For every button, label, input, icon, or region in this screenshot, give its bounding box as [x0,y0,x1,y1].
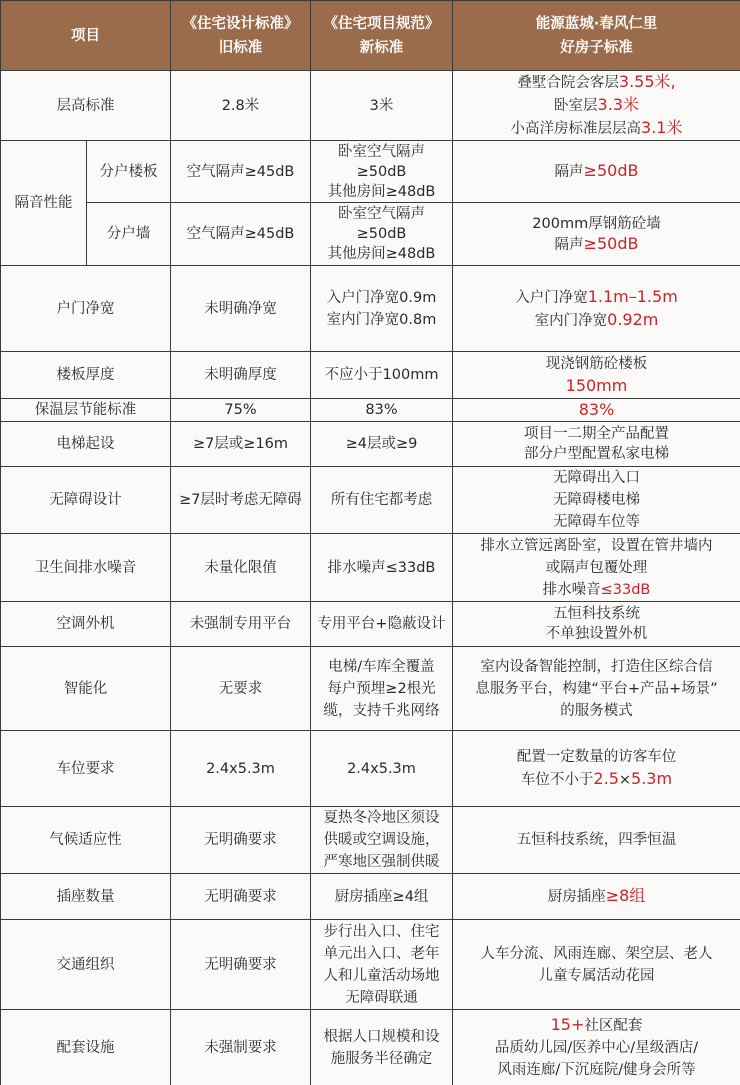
table-row-elevator: 电梯起设 ≥7层或≥16m ≥4层或≥9 项目一二期全产品配置 部分户型配置私家… [1,422,740,467]
old-value: ≥7层或≥16m [171,422,311,467]
new-value: 3米 [311,71,453,141]
old-value: ≥7层时考虑无障碍 [171,467,311,534]
row-label: 智能化 [1,647,171,731]
header-project-standard: 能源蓝城·春风仁里好房子标准 [453,1,740,71]
table-row-sound-wall: 分户墙 空气隔声≥45dB 卧室空气隔声 ≥50dB 其他房间≥48dB 200… [1,203,740,266]
new-value: 厨房插座≥4组 [311,874,453,920]
table-row-sockets: 插座数量 无明确要求 厨房插座≥4组 厨房插座≥8组 [1,874,740,920]
new-value: 卧室空气隔声 ≥50dB 其他房间≥48dB [311,203,453,266]
header-row: 项目 《住宅设计标准》旧标准 《住宅项目规范》新标准 能源蓝城·春风仁里好房子标… [1,1,740,71]
row-label: 车位要求 [1,731,171,807]
row-label: 楼板厚度 [1,352,171,399]
old-value: 未强制专用平台 [171,602,311,647]
table-row-insulation: 保温层节能标准 75% 83% 83% [1,399,740,422]
project-value: 五恒科技系统，四季恒温 [453,807,740,874]
project-value: 隔声≥50dB [453,141,740,203]
row-label: 层高标准 [1,71,171,141]
project-value: 室内设备智能控制，打造住区综合信 息服务平台，构建“平台+产品+场景” 的服务模… [453,647,740,731]
project-value: 15+社区配套 品质幼儿园/医养中心/星级酒店/ 风雨连廊/下沉庭院/健身会所等 [453,1010,740,1085]
table-row-parking: 车位要求 2.4x5.3m 2.4x5.3m 配置一定数量的访客车位 车位不小于… [1,731,740,807]
standards-comparison-table: 项目 《住宅设计标准》旧标准 《住宅项目规范》新标准 能源蓝城·春风仁里好房子标… [0,0,740,1085]
new-value: 专用平台+隐蔽设计 [311,602,453,647]
old-value: 无要求 [171,647,311,731]
row-label: 插座数量 [1,874,171,920]
project-value: 厨房插座≥8组 [453,874,740,920]
new-value: 不应小于100mm [311,352,453,399]
project-value: 配置一定数量的访客车位 车位不小于2.5×5.3m [453,731,740,807]
header-item: 项目 [1,1,171,71]
old-value: 未量化限值 [171,534,311,602]
new-value: 根据人口规模和设 施服务半径确定 [311,1010,453,1085]
row-label: 交通组织 [1,920,171,1010]
project-value: 人车分流、风雨连廊、架空层、老人 儿童专属活动花园 [453,920,740,1010]
table-row-drain-noise: 卫生间排水噪音 未量化限值 排水噪声≤33dB 排水立管远离卧室，设置在管井墙内… [1,534,740,602]
new-value: 卧室空气隔声 ≥50dB 其他房间≥48dB [311,141,453,203]
table-row-traffic: 交通组织 无明确要求 步行出入口、住宅 单元出入口、老年 人和儿童活动场地 无障… [1,920,740,1010]
project-value: 五恒科技系统 不单独设置外机 [453,602,740,647]
table-row-climate: 气候适应性 无明确要求 夏热冬冷地区须设 供暖或空调设施， 严寒地区强制供暖 五… [1,807,740,874]
table-row-floor-height: 层高标准 2.8米 3米 叠墅合院会客层3.55米, 卧室层3.3米 小高洋房标… [1,71,740,141]
project-value: 排水立管远离卧室，设置在管井墙内 或隔声包覆处理 排水噪音≤33dB [453,534,740,602]
old-value: 未明确净宽 [171,266,311,352]
project-value: 83% [453,399,740,422]
row-label: 气候适应性 [1,807,171,874]
row-label: 隔音性能 [1,141,87,266]
old-value: 2.4x5.3m [171,731,311,807]
table-row-facilities: 配套设施 未强制要求 根据人口规模和设 施服务半径确定 15+社区配套 品质幼儿… [1,1010,740,1085]
old-value: 2.8米 [171,71,311,141]
project-value: 200mm厚钢筋砼墙 隔声≥50dB [453,203,740,266]
new-value: 2.4x5.3m [311,731,453,807]
project-value: 入户门净宽1.1m–1.5m 室内门净宽0.92m [453,266,740,352]
old-value: 无明确要求 [171,874,311,920]
sub-label: 分户楼板 [87,141,171,203]
old-value: 未强制要求 [171,1010,311,1085]
old-value: 75% [171,399,311,422]
header-new-standard: 《住宅项目规范》新标准 [311,1,453,71]
new-value: 电梯/车库全覆盖 每户预埋≥2根光 缆，支持千兆网络 [311,647,453,731]
project-value: 无障碍出入口 无障碍楼电梯 无障碍车位等 [453,467,740,534]
table-row-ac-unit: 空调外机 未强制专用平台 专用平台+隐蔽设计 五恒科技系统 不单独设置外机 [1,602,740,647]
new-value: 83% [311,399,453,422]
new-value: 夏热冬冷地区须设 供暖或空调设施， 严寒地区强制供暖 [311,807,453,874]
new-value: ≥4层或≥9 [311,422,453,467]
project-value: 项目一二期全产品配置 部分户型配置私家电梯 [453,422,740,467]
row-label: 空调外机 [1,602,171,647]
project-value: 叠墅合院会客层3.55米, 卧室层3.3米 小高洋房标准层层高3.1米 [453,71,740,141]
row-label: 配套设施 [1,1010,171,1085]
old-value: 无明确要求 [171,807,311,874]
new-value: 所有住宅都考虑 [311,467,453,534]
table-row-smart: 智能化 无要求 电梯/车库全覆盖 每户预埋≥2根光 缆，支持千兆网络 室内设备智… [1,647,740,731]
header-old-standard: 《住宅设计标准》旧标准 [171,1,311,71]
row-label: 卫生间排水噪音 [1,534,171,602]
old-value: 无明确要求 [171,920,311,1010]
old-value: 空气隔声≥45dB [171,203,311,266]
new-value: 步行出入口、住宅 单元出入口、老年 人和儿童活动场地 无障碍联通 [311,920,453,1010]
old-value: 未明确厚度 [171,352,311,399]
row-label: 无障碍设计 [1,467,171,534]
row-label: 保温层节能标准 [1,399,171,422]
table-row-door-width: 户门净宽 未明确净宽 入户门净宽0.9m 室内门净宽0.8m 入户门净宽1.1m… [1,266,740,352]
project-value: 现浇钢筋砼楼板 150mm [453,352,740,399]
row-label: 电梯起设 [1,422,171,467]
row-label: 户门净宽 [1,266,171,352]
table-row-accessibility: 无障碍设计 ≥7层时考虑无障碍 所有住宅都考虑 无障碍出入口 无障碍楼电梯 无障… [1,467,740,534]
sub-label: 分户墙 [87,203,171,266]
table-row-sound-floor: 隔音性能 分户楼板 空气隔声≥45dB 卧室空气隔声 ≥50dB 其他房间≥48… [1,141,740,203]
table-row-slab-thickness: 楼板厚度 未明确厚度 不应小于100mm 现浇钢筋砼楼板 150mm [1,352,740,399]
old-value: 空气隔声≥45dB [171,141,311,203]
new-value: 入户门净宽0.9m 室内门净宽0.8m [311,266,453,352]
new-value: 排水噪声≤33dB [311,534,453,602]
